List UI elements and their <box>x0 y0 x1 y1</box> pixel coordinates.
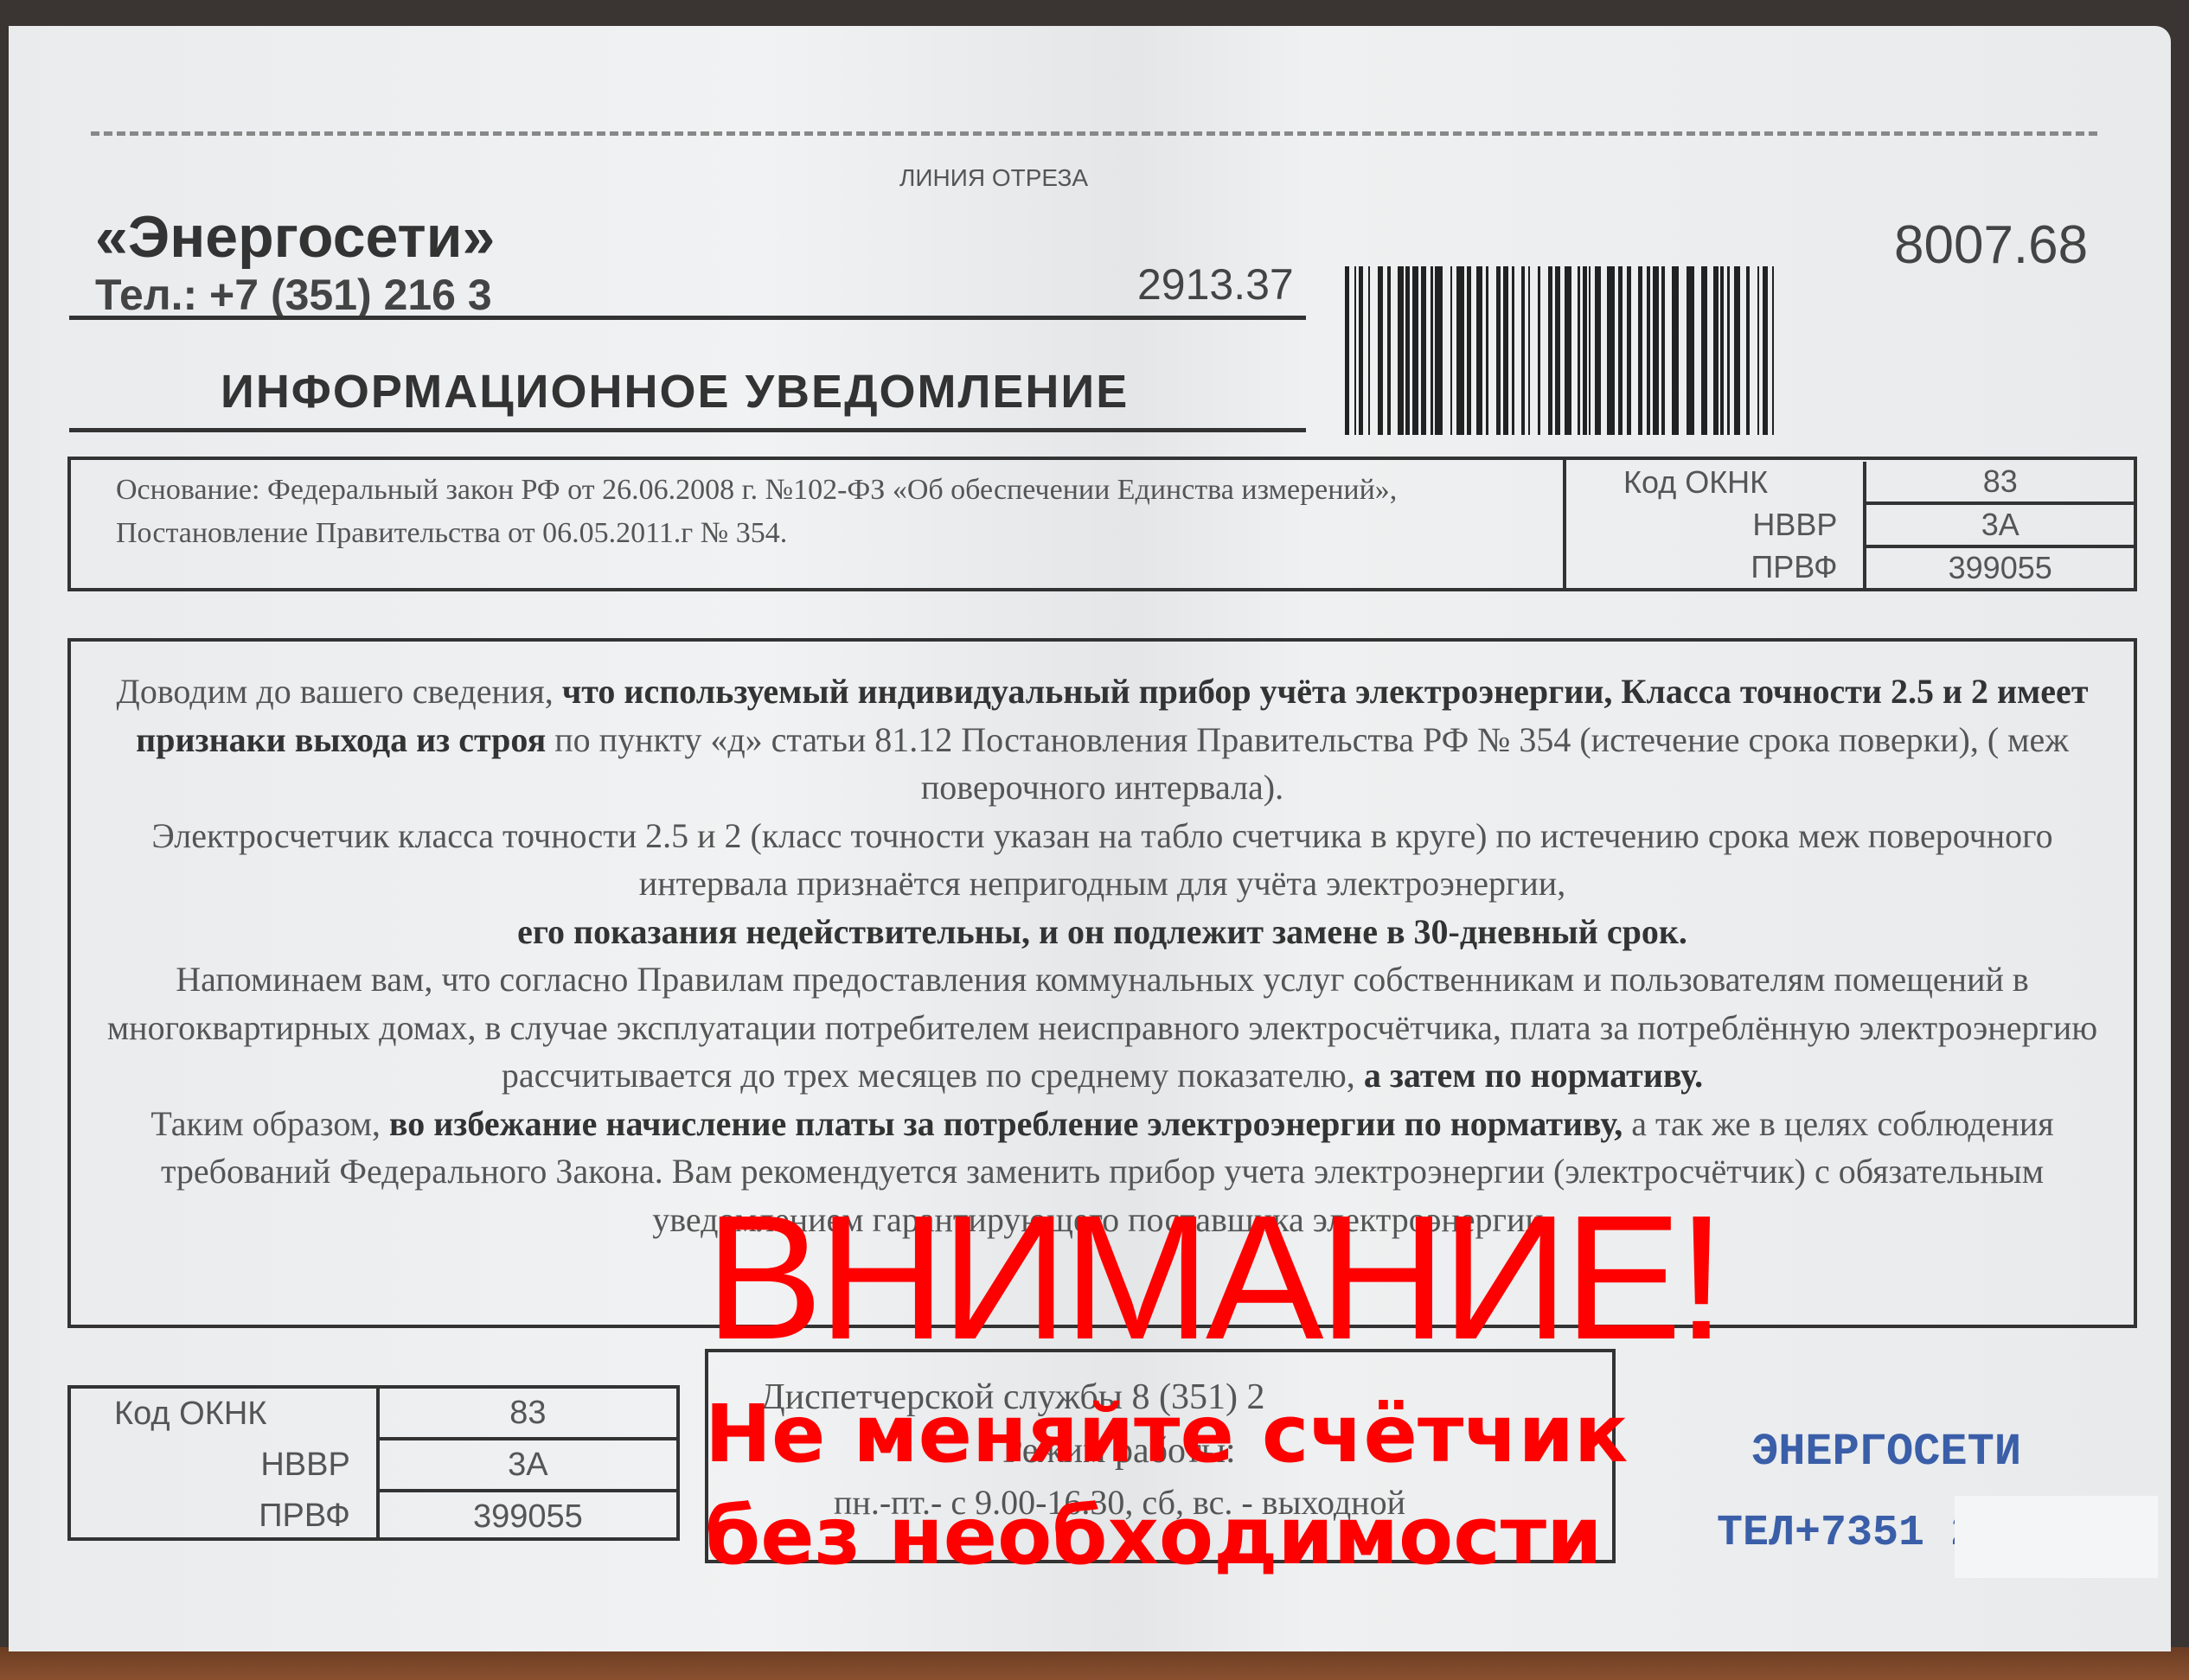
code-row: НВВР3А <box>1580 503 2134 546</box>
basis-separator <box>1563 460 1566 588</box>
code-value: 3А <box>1865 503 2134 546</box>
code-row: НВВР3А <box>71 1439 676 1491</box>
cut-line-label: ЛИНИЯ ОТРЕЗА <box>899 164 1088 192</box>
code-row: ПРВФ399055 <box>71 1491 676 1541</box>
divider-top <box>69 316 1306 320</box>
code-value: 83 <box>378 1389 676 1439</box>
basis-text: Основание: Федеральный закон РФ от 26.06… <box>116 469 1586 555</box>
basis-box: Основание: Федеральный закон РФ от 26.06… <box>67 457 2137 591</box>
warning-title: ВНИМАНИЕ! <box>705 1189 1721 1366</box>
notice-paragraph: Электросчетчик класса точности 2.5 и 2 (… <box>71 812 2134 908</box>
code-label: Код ОКНК <box>1580 462 1865 503</box>
code-label: Код ОКНК <box>71 1389 378 1439</box>
code-row: Код ОКНК83 <box>71 1389 676 1439</box>
company-name: «Энергосети» <box>95 203 495 271</box>
company-phone: Тел.: +7 (351) 216 3 <box>95 270 492 320</box>
barcode <box>1345 266 2123 435</box>
code-row: Код ОКНК83 <box>1580 462 2134 503</box>
stamp-phone: ТЕЛ+7351 2 <box>1717 1509 1976 1558</box>
code-label: ПРВФ <box>71 1491 378 1541</box>
warning-line-1: Не меняйте счётчик <box>705 1383 1628 1485</box>
cut-line <box>91 131 2097 136</box>
notice-paragraph: его показания недействительны, и он подл… <box>71 908 2134 956</box>
code-table-top: Код ОКНК83НВВР3АПРВФ399055 <box>1580 462 2134 588</box>
amount-left: 2913.37 <box>1137 259 1294 310</box>
redaction-patch <box>1955 1496 2158 1578</box>
divider-bottom <box>69 428 1306 432</box>
code-value: 83 <box>1865 462 2134 503</box>
code-label: НВВР <box>71 1439 378 1491</box>
code-label: НВВР <box>1580 503 1865 546</box>
notice-title: ИНФОРМАЦИОННОЕ УВЕДОМЛЕНИЕ <box>221 365 1129 418</box>
code-row: ПРВФ399055 <box>1580 546 2134 588</box>
code-table-bottom: Код ОКНК83НВВР3АПРВФ399055 <box>67 1385 680 1541</box>
code-value: 399055 <box>378 1491 676 1541</box>
code-value: 3А <box>378 1439 676 1491</box>
code-label: ПРВФ <box>1580 546 1865 588</box>
stamp-company: ЭНЕРГОСЕТИ <box>1751 1427 2021 1478</box>
wooden-surface <box>0 1647 2189 1680</box>
notice-paragraph: Доводим до вашего сведения, что использу… <box>71 668 2134 812</box>
code-value: 399055 <box>1865 546 2134 588</box>
warning-line-2: без необходимости <box>705 1485 1628 1587</box>
notice-paragraph: Напоминаем вам, что согласно Правилам пр… <box>71 955 2134 1100</box>
warning-subtitle: Не меняйте счётчик без необходимости <box>705 1383 1628 1587</box>
main-notice-text: Доводим до вашего сведения, что использу… <box>71 668 2134 1243</box>
